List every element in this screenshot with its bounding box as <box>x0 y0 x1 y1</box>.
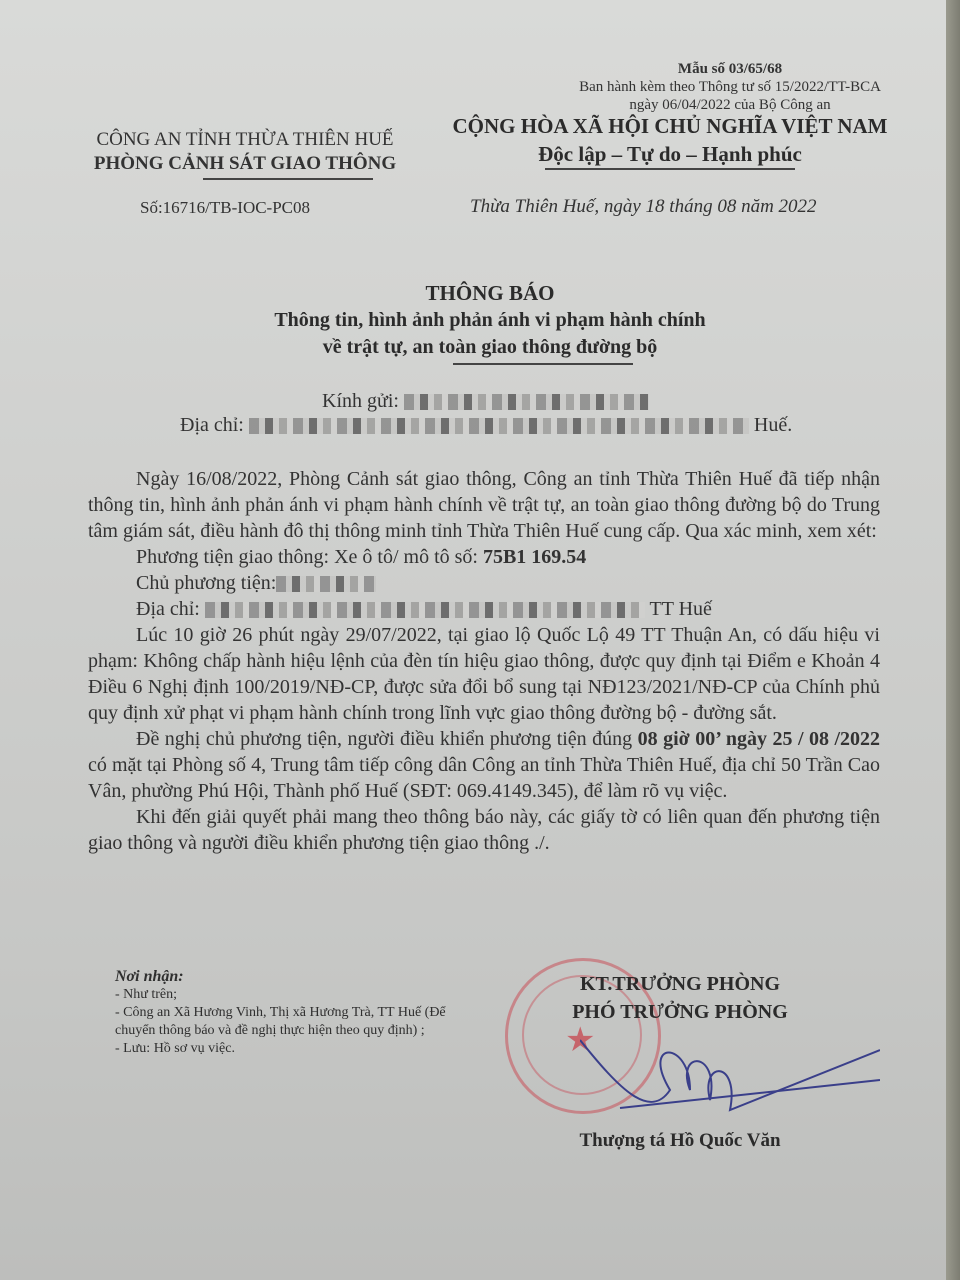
recipient-item: - Lưu: Hồ sơ vụ việc. <box>115 1040 475 1058</box>
org-unit: PHÒNG CẢNH SÁT GIAO THÔNG <box>60 152 430 176</box>
owner-address-label: Địa chỉ: <box>136 598 200 620</box>
title-line-2: về trật tự, an toàn giao thông đường bộ <box>170 334 810 361</box>
owner-line: Chủ phương tiện: <box>88 570 880 596</box>
document-number: Số:16716/TB-IOC-PC08 <box>140 198 310 218</box>
title-line-1: Thông tin, hình ảnh phản ánh vi phạm hàn… <box>170 307 810 334</box>
signature-line-2: PHÓ TRƯỞNG PHÒNG <box>530 998 830 1026</box>
paragraph-documents: Khi đến giải quyết phải mang theo thông … <box>88 804 880 856</box>
vehicle-plate: 75B1 169.54 <box>483 546 586 568</box>
signature-block: KT.TRƯỞNG PHÒNG PHÓ TRƯỞNG PHÒNG <box>530 970 830 1026</box>
signer-name: Thượng tá Hồ Quốc Văn <box>540 1130 820 1152</box>
org-parent: CÔNG AN TỈNH THỪA THIÊN HUẾ <box>60 128 430 152</box>
address-label: Địa chỉ: <box>180 414 244 436</box>
document-page: Mẫu số 03/65/68 Ban hành kèm theo Thông … <box>0 0 946 1280</box>
vehicle-label: Phương tiện giao thông: Xe ô tô/ mô tô s… <box>136 546 483 568</box>
addressee-line: Kính gửi: <box>322 390 649 413</box>
recipient-item: - Như trên; <box>115 986 475 1004</box>
recipient-item: - Công an Xã Hương Vinh, Thị xã Hương Tr… <box>115 1004 475 1040</box>
national-heading: CỘNG HÒA XÃ HỘI CHỦ NGHĨA VIỆT NAM Độc l… <box>420 112 920 170</box>
redacted-owner-address <box>205 602 645 618</box>
recipients-block: Nơi nhận: - Như trên; - Công an Xã Hương… <box>115 968 475 1058</box>
redacted-owner <box>276 576 376 592</box>
form-issued-with: Ban hành kèm theo Thông tư số 15/2022/TT… <box>540 78 920 96</box>
title-underline <box>453 363 633 365</box>
summons-text-b: có mặt tại Phòng số 4, Trung tâm tiếp cô… <box>88 754 880 802</box>
signature-scribble <box>580 1030 880 1130</box>
owner-label: Chủ phương tiện: <box>136 572 276 594</box>
addressee-address-line: Địa chỉ: Huế. <box>180 414 792 437</box>
summons-text-a: Đề nghị chủ phương tiện, người điều khiể… <box>136 728 638 750</box>
paragraph-received: Ngày 16/08/2022, Phòng Cảnh sát giao thô… <box>88 466 880 544</box>
org-underline <box>203 178 373 180</box>
document-title: THÔNG BÁO Thông tin, hình ảnh phản ánh v… <box>170 280 810 365</box>
background-edge <box>946 0 960 1280</box>
form-number: Mẫu số 03/65/68 <box>540 60 920 78</box>
addressee-label: Kính gửi: <box>322 390 399 412</box>
summons-time: 08 giờ 00’ ngày 25 / 08 /2022 <box>638 728 880 750</box>
vehicle-line: Phương tiện giao thông: Xe ô tô/ mô tô s… <box>88 544 880 570</box>
owner-address-line: Địa chỉ: TT Huế <box>88 596 880 622</box>
issuing-organization: CÔNG AN TỈNH THỪA THIÊN HUẾ PHÒNG CẢNH S… <box>60 128 430 180</box>
document-body: Ngày 16/08/2022, Phòng Cảnh sát giao thô… <box>88 466 880 856</box>
paragraph-summons: Đề nghị chủ phương tiện, người điều khiể… <box>88 726 880 804</box>
recipients-heading: Nơi nhận: <box>115 968 475 986</box>
redacted-addressee <box>404 394 649 410</box>
motto-underline <box>545 168 795 170</box>
nation-name: CỘNG HÒA XÃ HỘI CHỦ NGHĨA VIỆT NAM <box>420 112 920 140</box>
address-suffix: Huế. <box>754 414 792 436</box>
place-date: Thừa Thiên Huế, ngày 18 tháng 08 năm 202… <box>470 196 817 218</box>
signature-line-1: KT.TRƯỞNG PHÒNG <box>530 970 830 998</box>
paragraph-violation: Lúc 10 giờ 26 phút ngày 29/07/2022, tại … <box>88 622 880 726</box>
national-motto: Độc lập – Tự do – Hạnh phúc <box>420 140 920 168</box>
redacted-address <box>249 418 749 434</box>
title-main: THÔNG BÁO <box>170 280 810 307</box>
owner-address-suffix: TT Huế <box>650 598 712 620</box>
form-number-block: Mẫu số 03/65/68 Ban hành kèm theo Thông … <box>540 60 920 114</box>
